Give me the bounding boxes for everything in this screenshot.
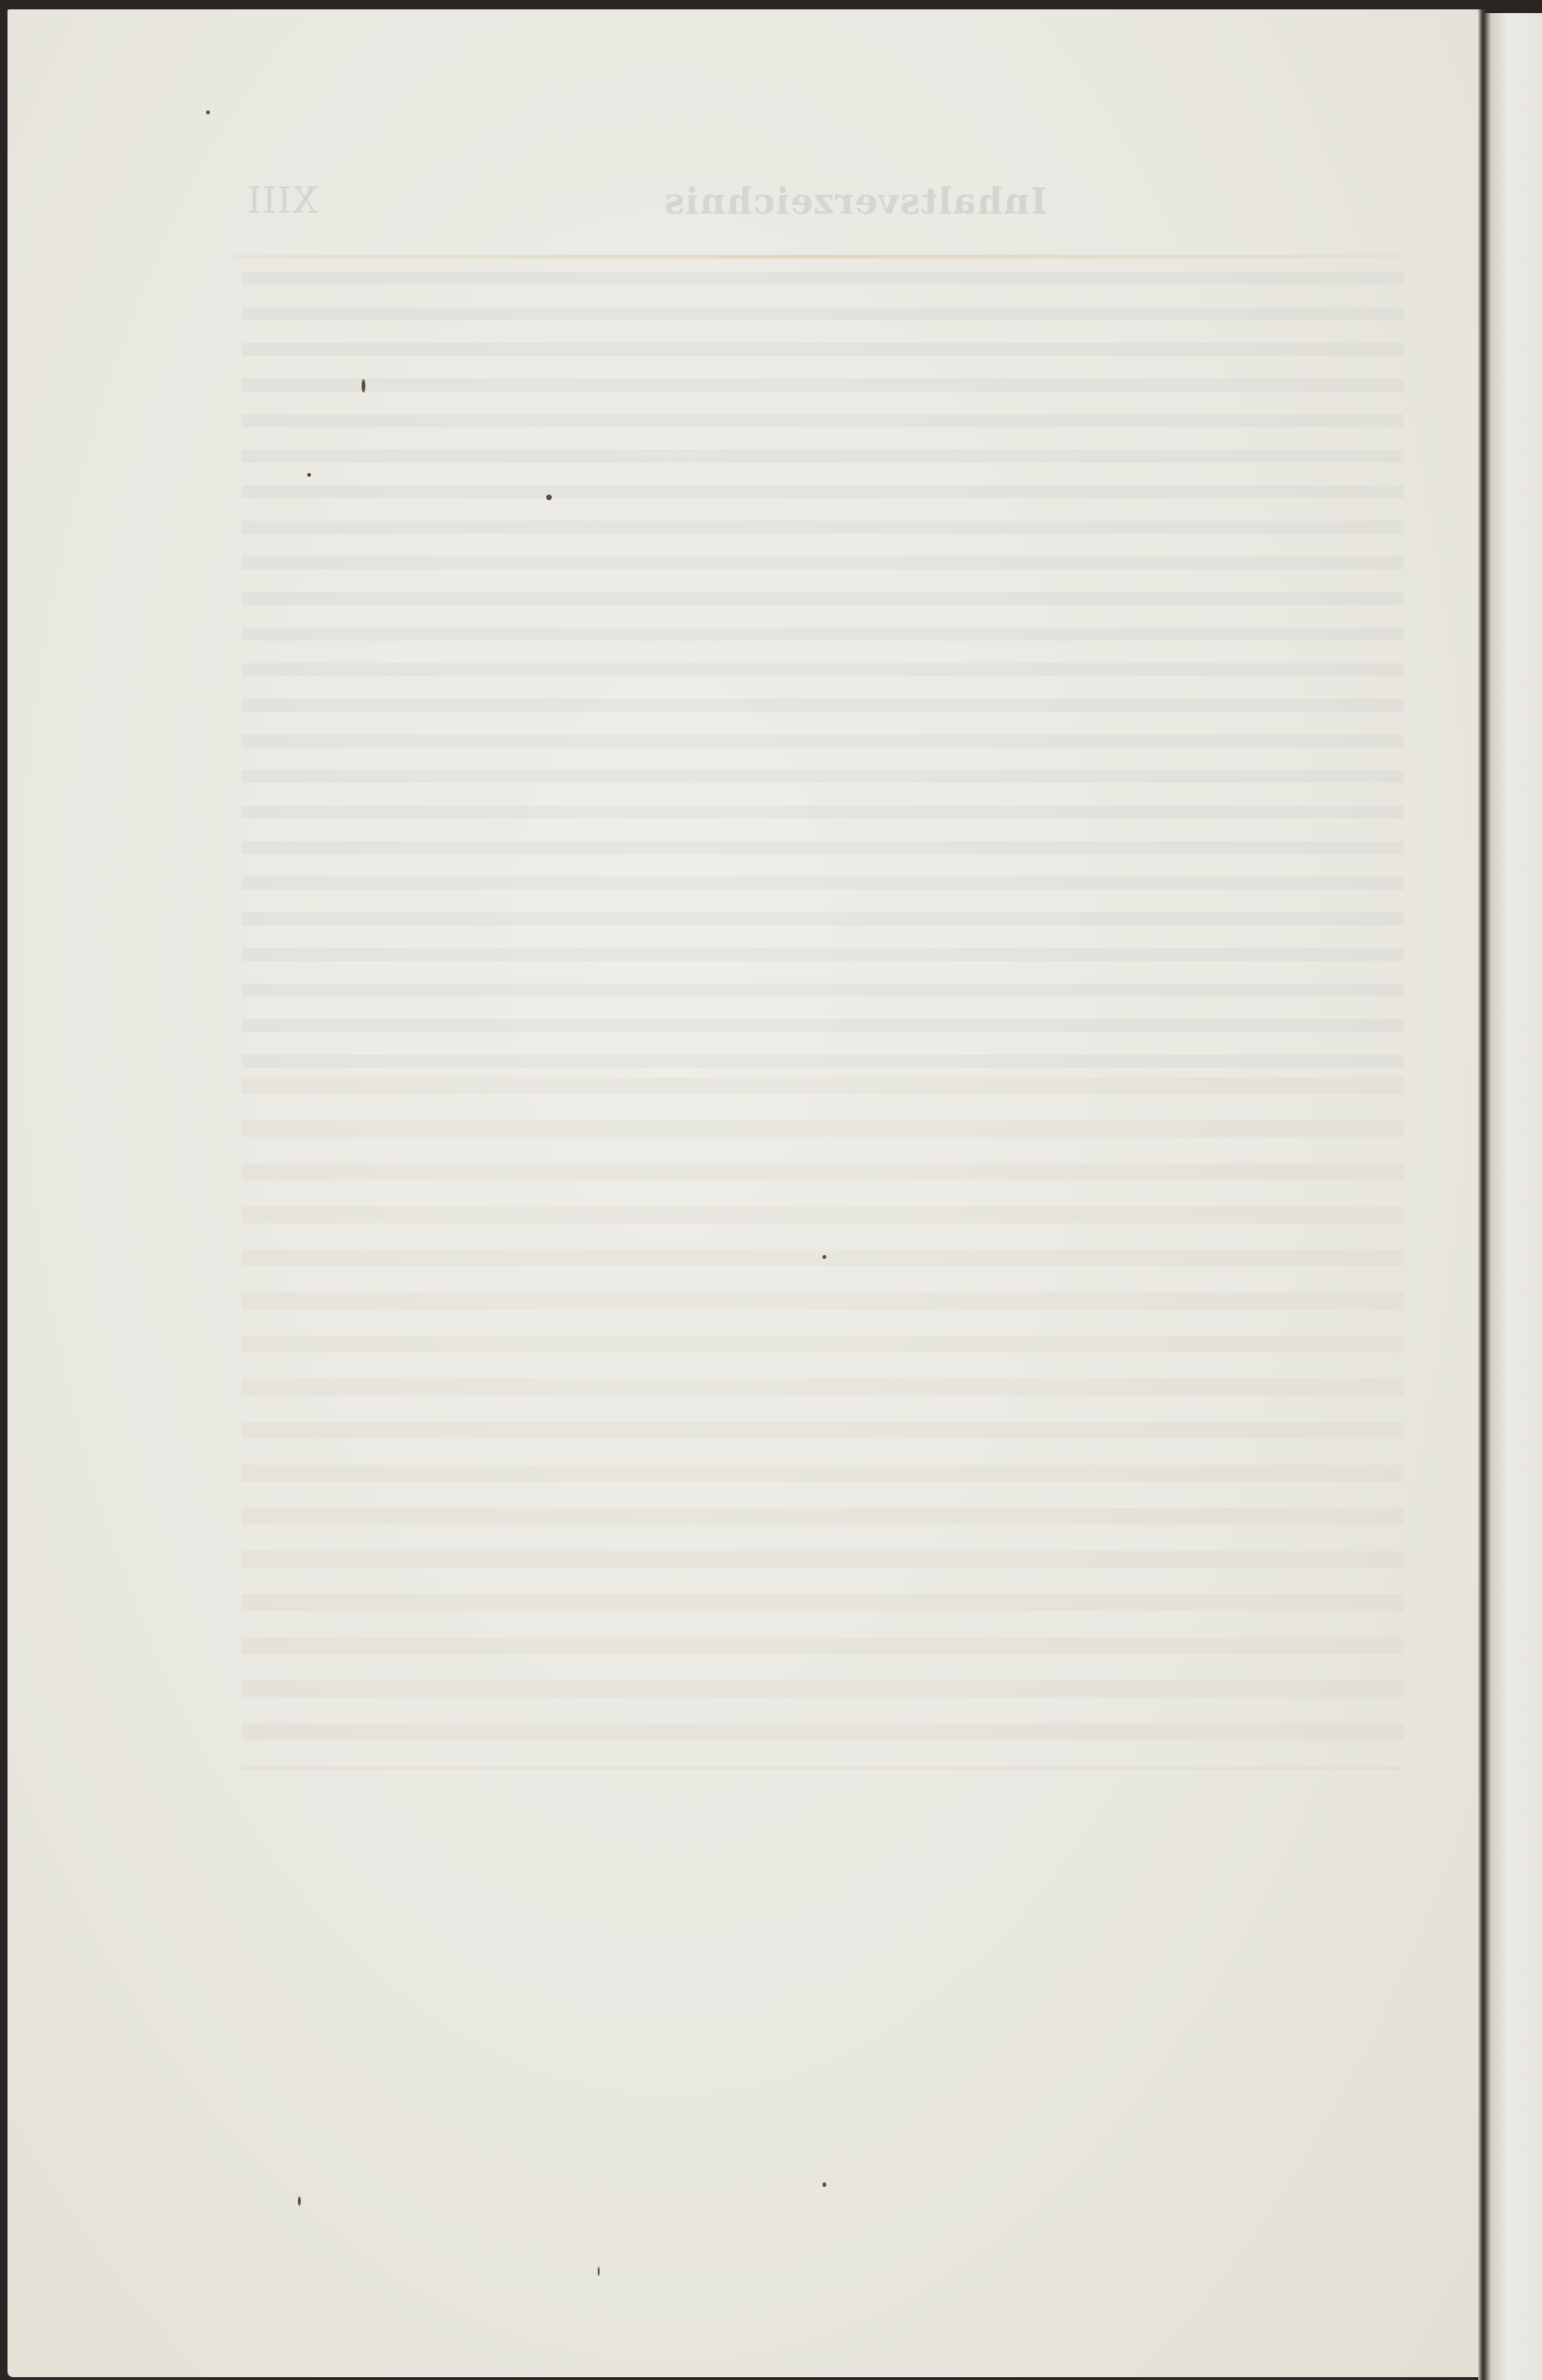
stain-rule [232,255,1403,259]
paper-speck [362,379,365,392]
adjacent-page-edge [1484,13,1542,2380]
paper-speck [307,473,311,477]
paper-speck [823,1255,826,1259]
paper-speck [546,495,552,500]
paper-speck [206,111,210,114]
showthrough-text-block-lower [242,1077,1403,1770]
book-page: XIII Inhaltsverzeichnis [7,9,1480,2377]
paper-speck [298,2196,301,2206]
paper-speck [823,2182,826,2187]
showthrough-title: Inhaltsverzeichnis [663,180,1047,222]
showthrough-folio: XIII [246,180,318,221]
paper-speck [598,2267,600,2276]
showthrough-text-block [242,272,1403,1077]
